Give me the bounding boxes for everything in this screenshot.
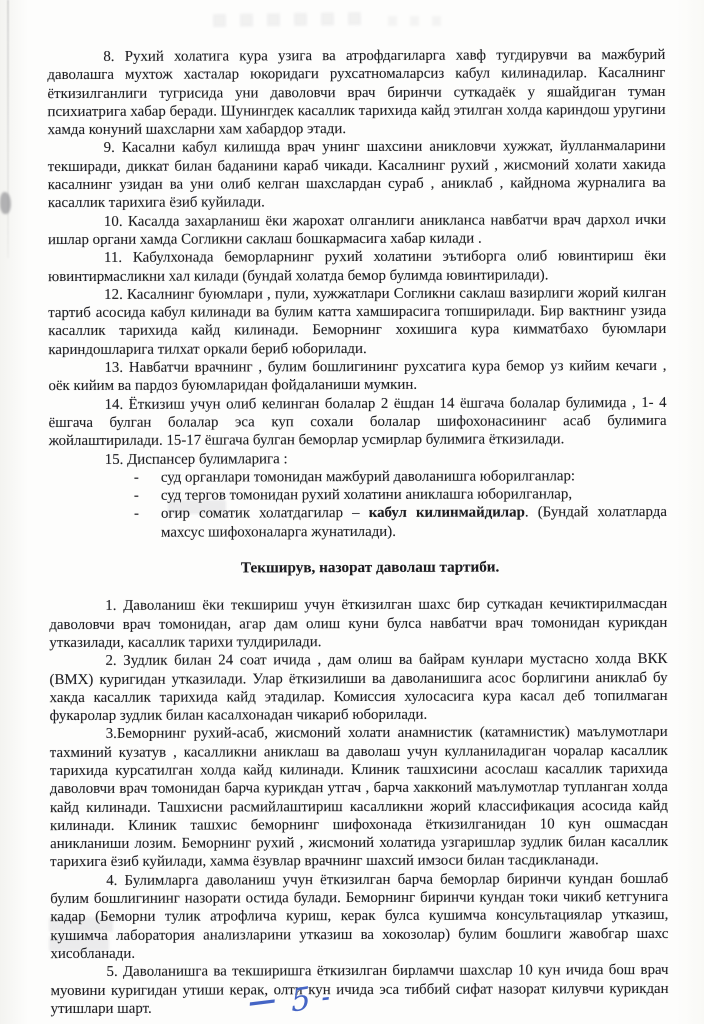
paragraph-13: 13. Навбатчи врачнинг , булим бошлигинин…	[48, 357, 666, 396]
paragraph-9: 9. Касални кабул килишда врач унинг шахс…	[48, 137, 666, 212]
paragraph-14: 14. Ёткизиш учун олиб келинган болалар 2…	[49, 394, 667, 451]
list-item: - огир соматик холатдагилар – кабул кили…	[49, 503, 667, 542]
scanned-page: 8. Рухий холатига кура узига ва атрофдаг…	[0, 0, 704, 1024]
list-item: - суд органлари томонидан мажбурий давол…	[49, 467, 667, 487]
paragraph-2: 2. Зудлик билан 24 соат ичида , дам олиш…	[49, 650, 667, 725]
section-heading: Текширув, назорат даволаш тартиби.	[73, 558, 667, 578]
handwritten-number: 5	[290, 980, 311, 1019]
paragraph-11: 11. Кабулхонада беморларнинг рухий холат…	[48, 247, 666, 286]
dash-bullet: -	[134, 469, 161, 487]
handwritten-dash: -	[320, 985, 331, 1010]
list-item-text-bold: кабул килинмайдилар	[369, 505, 525, 522]
paragraph-15-intro: 15. Диспансер булимларига :	[49, 448, 667, 468]
handwritten-dash: —	[246, 982, 278, 1018]
paragraph-3: 3.Беморнинг рухий-асаб, жисмоний холати …	[50, 723, 669, 872]
scan-smudge-top-left	[213, 12, 371, 27]
scan-fold-mark	[0, 192, 11, 214]
dash-bullet: -	[134, 487, 161, 505]
paragraph-10: 10. Касалда захарланиш ёки жарохат олган…	[48, 211, 666, 250]
scan-smudge-top-right	[388, 16, 452, 26]
list-item-text-pre: огир соматик холатдагилар –	[161, 505, 369, 522]
handwritten-page-number: — 5 -	[248, 982, 330, 1018]
paragraph-8: 8. Рухий холатига кура узига ва атрофдаг…	[47, 46, 665, 140]
list-item-text: огир соматик холатдагилар – кабул килинм…	[161, 503, 667, 541]
list-item-text: суд тергов томонидан рухий холатини аник…	[161, 485, 667, 505]
document-text-block: 8. Рухий холатига кура узига ва атрофдаг…	[47, 46, 668, 1018]
paragraph-1: 1. Даволаниш ёки текшириш учун ёткизилга…	[49, 595, 667, 652]
list-item-text: суд органлари томонидан мажбурий даволан…	[161, 467, 667, 487]
scan-crease-line	[7, 0, 9, 258]
dispensary-list: - суд органлари томонидан мажбурий давол…	[49, 467, 667, 542]
dash-bullet: -	[134, 505, 161, 542]
paragraph-4: 4. Булимларга даволаниш учун ёткизилган …	[50, 870, 668, 964]
list-item: - суд тергов томонидан рухий холатини ан…	[49, 485, 667, 505]
paragraph-12: 12. Касалнинг буюмлари , пули, хужжатлар…	[48, 284, 666, 359]
paragraph-5: 5. Даволанишга ва текширишга ёткизилган …	[51, 961, 669, 1018]
